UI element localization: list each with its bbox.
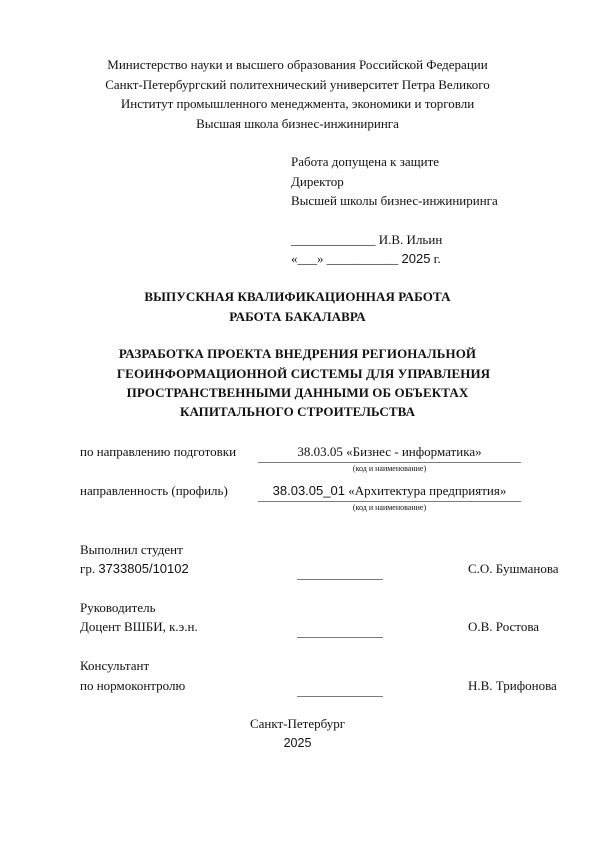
supervisor-position: Доцент ВШБИ, к.э.н. — [80, 619, 198, 635]
school-line: Высшая школа бизнес-инжиниринга — [0, 116, 595, 132]
thesis-title-line2: ГЕОИНФОРМАЦИОННОЙ СИСТЕМЫ ДЛЯ УПРАВЛЕНИЯ — [6, 366, 595, 382]
date-month-blank[interactable]: ___________ — [327, 251, 399, 266]
thesis-title-line4: КАПИТАЛЬНОГО СТРОИТЕЛЬСТВА — [0, 404, 595, 420]
student-group: гр. 3733805/10102 — [80, 561, 189, 577]
director-signature-blank[interactable]: _____________ — [291, 232, 376, 247]
work-type-line1: ВЫПУСКНАЯ КВАЛИФИКАЦИОННАЯ РАБОТА — [0, 289, 595, 305]
work-type-line2: РАБОТА БАКАЛАВРА — [0, 309, 595, 325]
consultant-role: Консультант — [80, 658, 149, 674]
consultant-position: по нормоконтролю — [80, 678, 185, 694]
institute-line: Институт промышленного менеджмента, экон… — [0, 96, 595, 112]
student-signature-line[interactable] — [297, 579, 383, 580]
direction-value: 38.03.05 «Бизнес - информатика» — [258, 444, 521, 460]
student-name: С.О. Бушманова — [468, 561, 559, 577]
thesis-title-line1: РАЗРАБОТКА ПРОЕКТА ВНЕДРЕНИЯ РЕГИОНАЛЬНО… — [0, 346, 595, 362]
group-prefix: гр. — [80, 561, 95, 576]
direction-label: по направлению подготовки — [80, 444, 236, 460]
date-day-blank[interactable]: ___ — [298, 251, 318, 266]
group-number: 3733805/10102 — [98, 561, 188, 576]
approval-date-row: «___» ___________ 2025 г. — [291, 251, 441, 267]
profile-underline — [258, 501, 521, 502]
year-suffix: г. — [434, 251, 441, 266]
approval-school: Высшей школы бизнес-инжиниринга — [291, 193, 498, 209]
profile-label: направленность (профиль) — [80, 483, 228, 499]
university-line: Санкт-Петербургский политехнический унив… — [0, 77, 595, 93]
profile-name: «Архитектура предприятия» — [348, 483, 506, 498]
supervisor-signature-line[interactable] — [297, 637, 383, 638]
approval-director: Директор — [291, 174, 344, 190]
profile-code: 38.03.05_01 — [273, 483, 345, 498]
consultant-name: Н.В. Трифонова — [468, 678, 557, 694]
approval-year: 2025 — [402, 251, 431, 266]
thesis-title-line3: ПРОСТРАНСТВЕННЫМИ ДАННЫМИ ОБ ОБЪЕКТАХ — [0, 385, 595, 401]
approval-admitted: Работа допущена к защите — [291, 154, 439, 170]
footer-year: 2025 — [0, 736, 595, 750]
student-role: Выполнил студент — [80, 542, 183, 558]
ministry-line: Министерство науки и высшего образования… — [0, 57, 595, 73]
director-signature-row: _____________ И.В. Ильин — [291, 232, 442, 248]
direction-caption: (код и наименование) — [258, 464, 521, 473]
footer-city: Санкт-Петербург — [0, 716, 595, 732]
director-name: И.В. Ильин — [379, 232, 443, 247]
profile-value: 38.03.05_01 «Архитектура предприятия» — [258, 483, 521, 499]
supervisor-role: Руководитель — [80, 600, 156, 616]
direction-underline — [258, 462, 521, 463]
consultant-signature-line[interactable] — [297, 696, 383, 697]
quote-close: » — [317, 251, 324, 266]
supervisor-name: О.В. Ростова — [468, 619, 539, 635]
profile-caption: (код и наименование) — [258, 503, 521, 512]
